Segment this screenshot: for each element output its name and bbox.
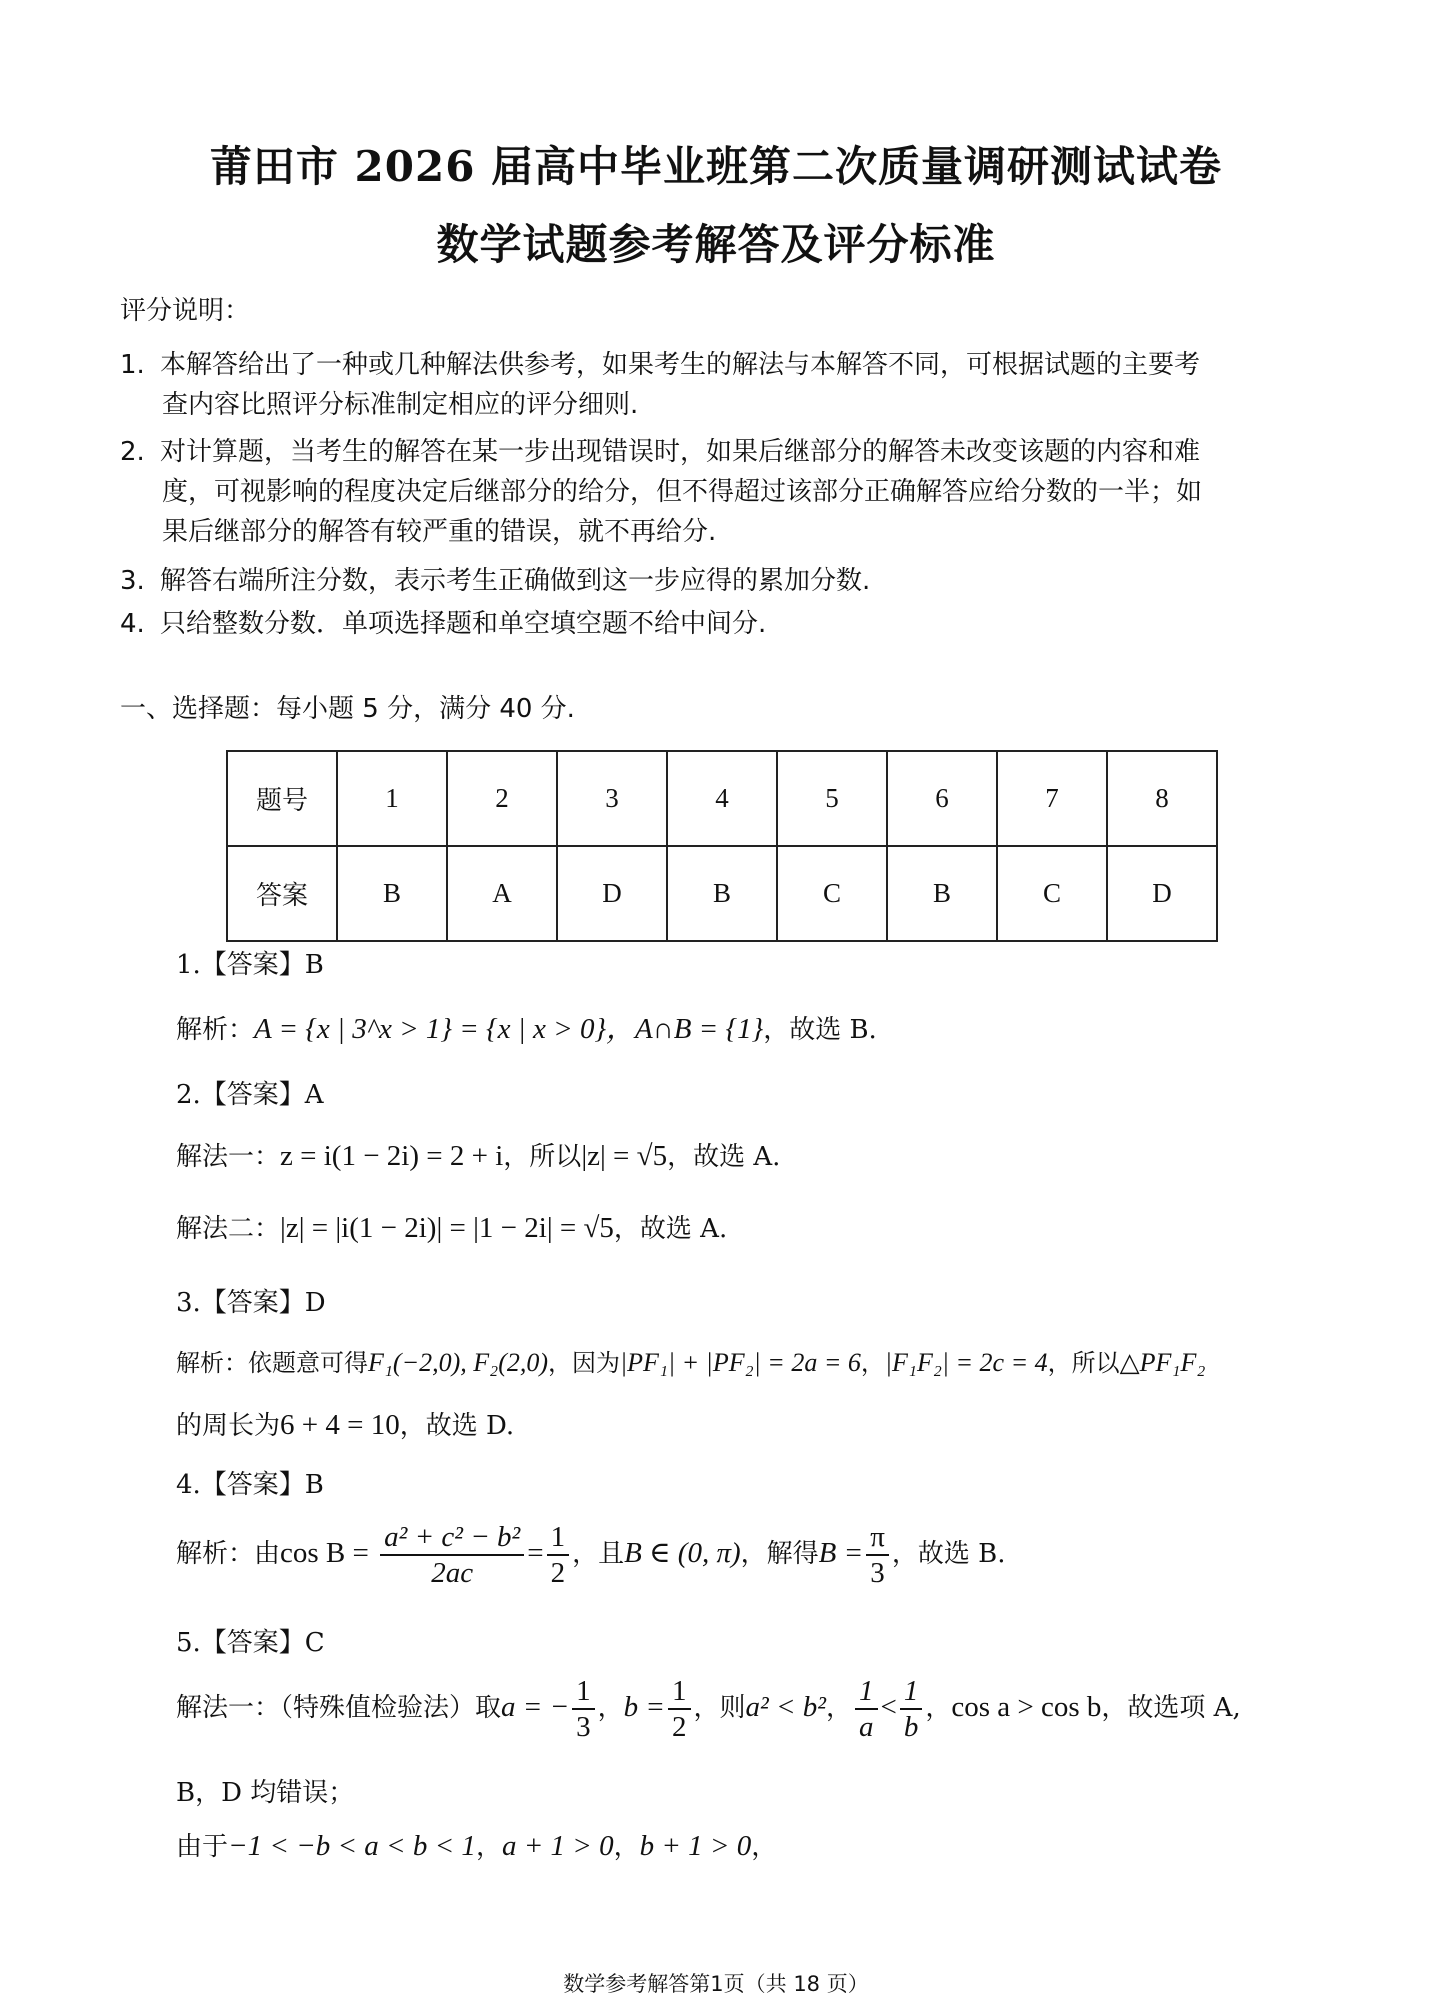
row-label: 题号 bbox=[227, 751, 337, 846]
fraction-one-third: 13 bbox=[572, 1674, 595, 1744]
question-number: 2 bbox=[447, 751, 557, 846]
answer-cell: D bbox=[1107, 846, 1217, 941]
q5-method-1-continued: B，D 均错误； bbox=[176, 1772, 354, 1809]
page-footer: 数学参考解答第1页（共 18 页） bbox=[0, 1968, 1432, 1998]
grading-note-2: 2.对计算题，当考生的解答在某一步出现错误时，如果后继部分的解答未改变该题的内容… bbox=[120, 432, 1202, 552]
answer-cell: D bbox=[557, 846, 667, 941]
section-heading-multiple-choice: 一、选择题：每小题 5 分，满分 40 分. bbox=[120, 688, 575, 725]
document-subtitle: 数学试题参考解答及评分标准 bbox=[0, 212, 1432, 272]
answer-cell: A bbox=[447, 846, 557, 941]
q5-answer-line: 5.【答案】C bbox=[176, 1622, 325, 1659]
question-number: 4 bbox=[667, 751, 777, 846]
answer-cell: B bbox=[337, 846, 447, 941]
answer-cell: C bbox=[997, 846, 1107, 941]
q2-answer-line: 2.【答案】A bbox=[176, 1074, 324, 1111]
q3-answer-line: 3.【答案】D bbox=[176, 1282, 326, 1319]
fraction-pi-over-3: π3 bbox=[866, 1520, 889, 1590]
q4-analysis: 解析：由cos B = a² + c² − b²2ac=12，且B ∈ (0, … bbox=[176, 1520, 1006, 1590]
q3-analysis-continued: 的周长为6 + 4 = 10，故选 D. bbox=[176, 1405, 514, 1442]
question-number: 7 bbox=[997, 751, 1107, 846]
question-number: 8 bbox=[1107, 751, 1217, 846]
q5-method-1: 解法一：（特殊值检验法）取a = −13，b =12，则a² < b²，1a<1… bbox=[176, 1674, 1241, 1744]
q1-answer-line: 1.【答案】B bbox=[176, 944, 324, 981]
grading-note-4: 4.只给整数分数．单项选择题和单空填空题不给中间分. bbox=[120, 604, 766, 644]
q5-method-1-inequality: 由于−1 < −b < a < b < 1，a + 1 > 0，b + 1 > … bbox=[176, 1826, 777, 1863]
answer-table: 题号 1 2 3 4 5 6 7 8 答案 B A D B C B C D bbox=[226, 750, 1218, 942]
fraction-law-of-cosines: a² + c² − b²2ac bbox=[380, 1520, 524, 1590]
q2-method-1: 解法一：z = i(1 − 2i) = 2 + i，所以|z| = √5，故选 … bbox=[176, 1136, 780, 1173]
fraction-one-half: 12 bbox=[668, 1674, 691, 1744]
q1-analysis: 解析：A = {x | 3^x > 1} = {x | x > 0}，A∩B =… bbox=[176, 1006, 877, 1047]
grading-notes-heading: 评分说明： bbox=[120, 290, 250, 327]
question-number: 3 bbox=[557, 751, 667, 846]
q3-analysis: 解析：依题意可得F₁(−2,0), F₂(2,0)，因为|PF₁| + |PF₂… bbox=[176, 1343, 1205, 1378]
grading-note-1: 1.本解答给出了一种或几种解法供参考，如果考生的解法与本解答不同，可根据试题的主… bbox=[120, 345, 1200, 425]
q2-method-2: 解法二：|z| = |i(1 − 2i)| = |1 − 2i| = √5，故选… bbox=[176, 1208, 727, 1245]
question-number: 6 bbox=[887, 751, 997, 846]
fraction-one-over-a: 1a bbox=[855, 1674, 878, 1744]
fraction-one-over-b: 1b bbox=[900, 1674, 923, 1744]
answer-cell: B bbox=[887, 846, 997, 941]
answer-cell: B bbox=[667, 846, 777, 941]
question-number: 1 bbox=[337, 751, 447, 846]
table-row-answers: 答案 B A D B C B C D bbox=[227, 846, 1217, 941]
row-label: 答案 bbox=[227, 846, 337, 941]
q4-answer-line: 4.【答案】B bbox=[176, 1464, 324, 1501]
answer-cell: C bbox=[777, 846, 887, 941]
grading-note-3: 3.解答右端所注分数，表示考生正确做到这一步应得的累加分数. bbox=[120, 561, 870, 601]
question-number: 5 bbox=[777, 751, 887, 846]
table-row-question-numbers: 题号 1 2 3 4 5 6 7 8 bbox=[227, 751, 1217, 846]
fraction-one-half: 12 bbox=[547, 1520, 570, 1590]
document-title: 莆田市 2026 届高中毕业班第二次质量调研测试试卷 bbox=[0, 134, 1432, 194]
